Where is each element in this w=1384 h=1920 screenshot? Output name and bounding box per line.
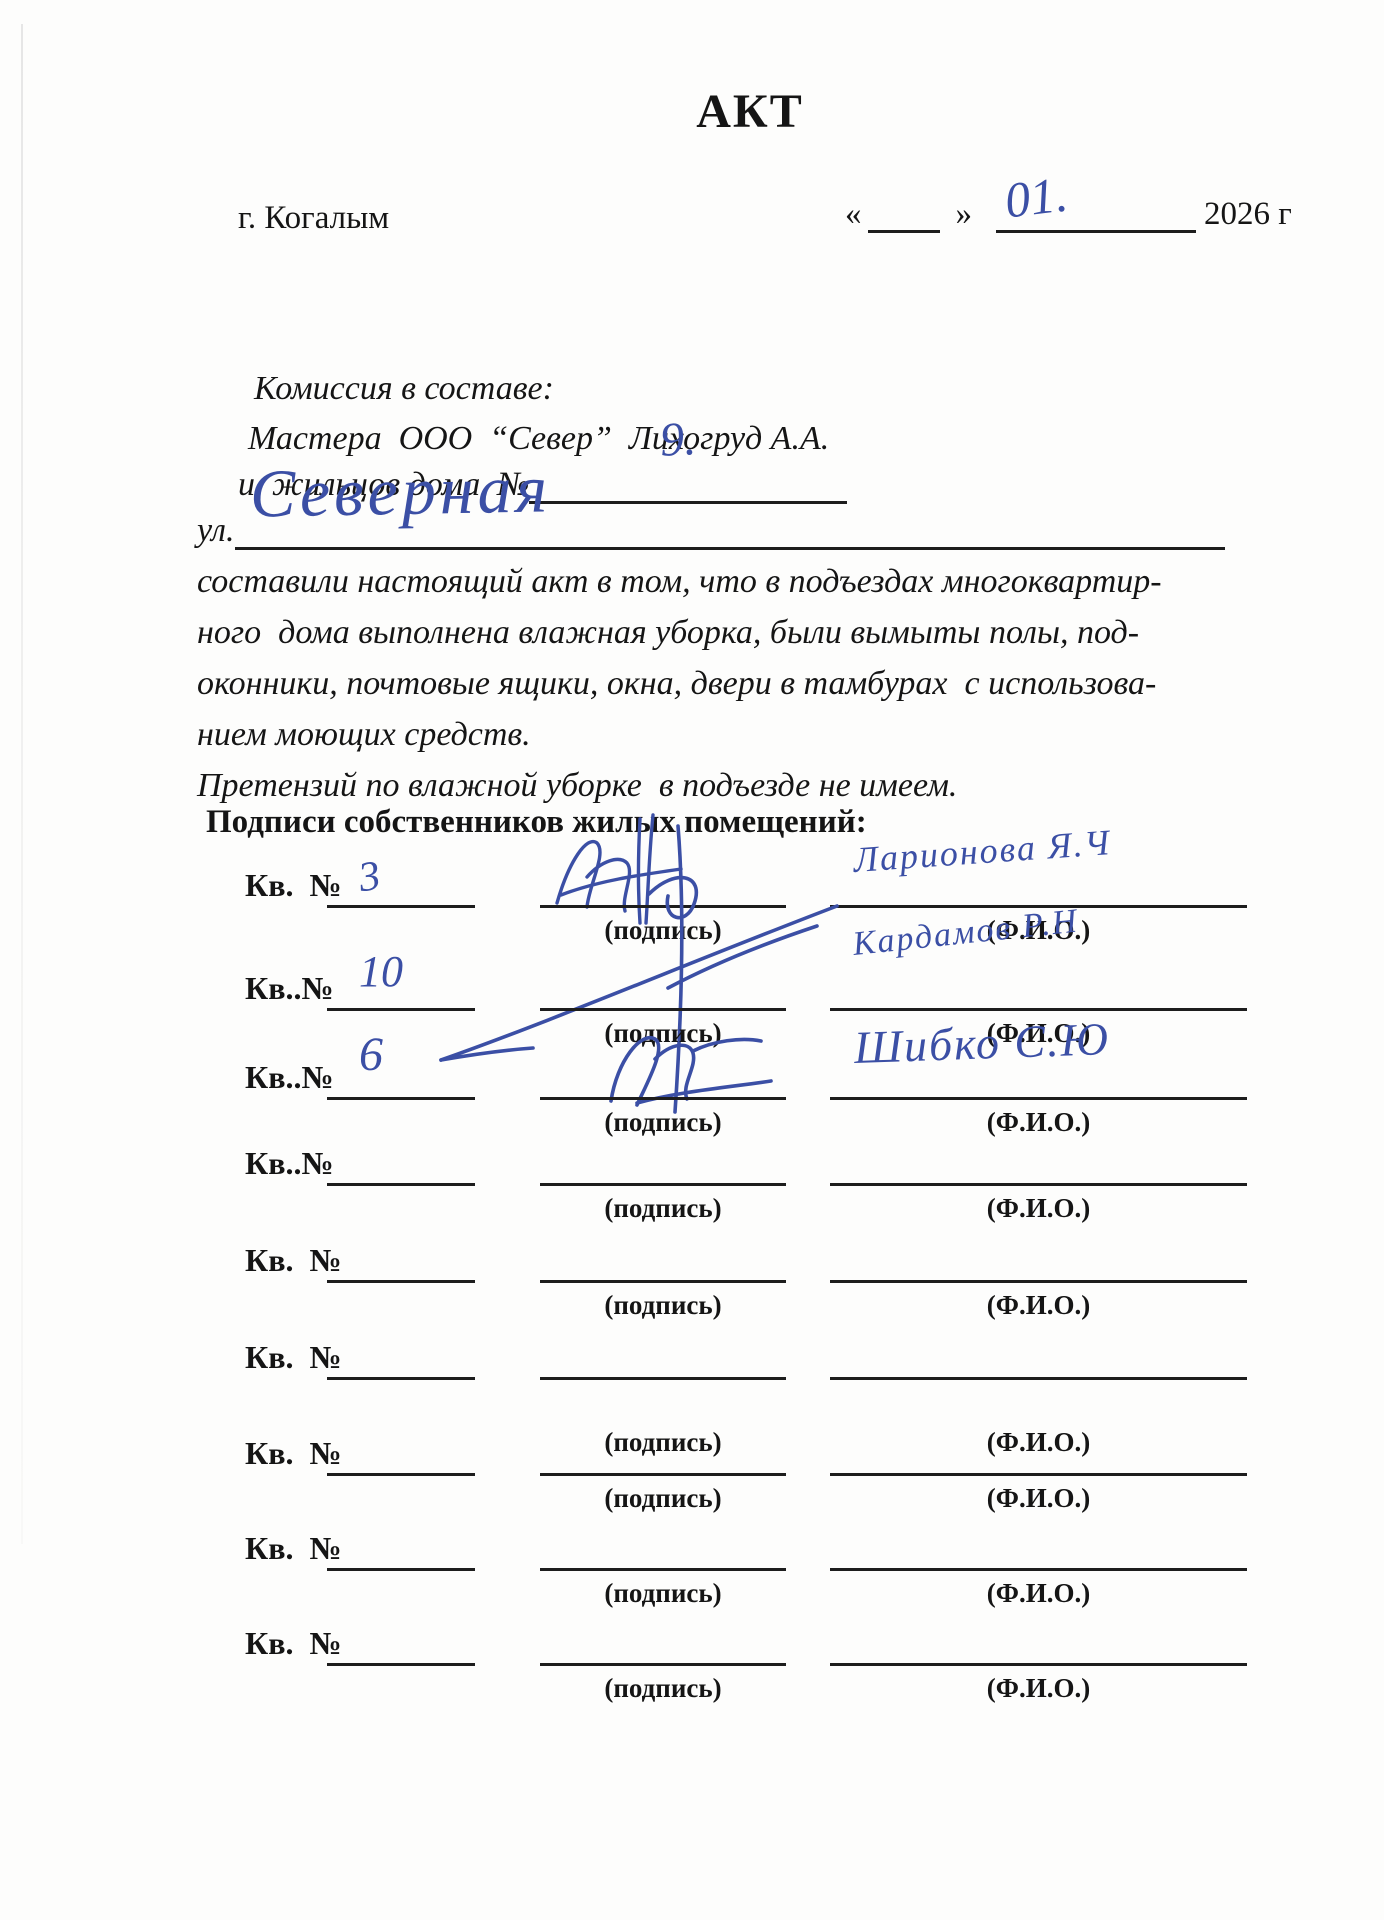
handwritten-fio: Шибко С.Ю bbox=[853, 1012, 1111, 1074]
body-line-3: оконники, почтовые ящики, окна, двери в … bbox=[197, 658, 1312, 709]
apartment-number-label: Кв. № bbox=[245, 1435, 342, 1472]
fio-caption: (Ф.И.О.) bbox=[830, 1578, 1247, 1609]
apartment-number-label: Кв..№ bbox=[245, 970, 334, 1007]
apartment-number-label: Кв. № bbox=[245, 1242, 342, 1279]
street-line-prefix: ул. bbox=[197, 512, 235, 549]
act-body-paragraph: составили настоящий акт в том, что в под… bbox=[197, 556, 1312, 811]
apartment-number-blank-line bbox=[327, 1183, 475, 1186]
apartment-number-blank-line bbox=[327, 1280, 475, 1283]
scanned-act-document: АКТ г. Когалым «»2026 г 01. Комиссия в с… bbox=[0, 0, 1384, 1920]
fio-blank-line bbox=[830, 1183, 1247, 1186]
handwritten-apartment-number: 10 bbox=[359, 946, 403, 997]
handwritten-house-number: 9. bbox=[659, 411, 698, 468]
house-number-blank-line bbox=[529, 468, 847, 504]
apartment-number-blank-line bbox=[327, 1377, 475, 1380]
apartment-number-label: Кв. № bbox=[245, 1625, 342, 1662]
apartment-number-label: Кв. № bbox=[245, 1530, 342, 1567]
scanner-edge-artifact bbox=[21, 24, 23, 1544]
fio-blank-line bbox=[830, 1663, 1247, 1666]
fio-blank-line bbox=[830, 1377, 1247, 1380]
date-day-blank-line bbox=[868, 197, 940, 233]
fio-blank-line bbox=[830, 1473, 1247, 1476]
apartment-number-label: Кв..№ bbox=[245, 1145, 334, 1182]
date-year: 2026 г bbox=[1204, 196, 1292, 232]
signature-row-9: Кв. № (подпись) (Ф.И.О.) bbox=[197, 1611, 1357, 1711]
handwritten-month: 01. bbox=[1002, 164, 1071, 229]
signature-rows: Кв. № 3 (подпись) Ларионова Я.Ч (Ф.И.О.)… bbox=[197, 853, 1357, 1773]
city-label: г. Когалым bbox=[238, 200, 389, 237]
document-title: АКТ bbox=[58, 84, 1384, 139]
signature-caption: (подпись) bbox=[540, 1673, 786, 1704]
fio-caption: (Ф.И.О.) bbox=[830, 1290, 1247, 1321]
fio-blank-line bbox=[830, 1008, 1247, 1011]
handwritten-apartment-number: 6 bbox=[359, 1027, 383, 1082]
apartment-number-blank-line bbox=[327, 1663, 475, 1666]
body-line-4: нием моющих средств. bbox=[197, 709, 1312, 760]
handwritten-apartment-number: 3 bbox=[355, 852, 383, 903]
date-close-quote: » bbox=[956, 196, 973, 232]
fio-caption: (Ф.И.О.) bbox=[830, 1483, 1247, 1514]
fio-blank-line bbox=[830, 1280, 1247, 1283]
apartment-number-blank-line bbox=[327, 1473, 475, 1476]
handwritten-fio: Ларионова Я.Ч bbox=[852, 821, 1112, 881]
fio-blank-line bbox=[830, 1568, 1247, 1571]
fio-blank-line bbox=[830, 1097, 1247, 1100]
apartment-number-label: Кв. № bbox=[245, 1339, 342, 1376]
apartment-number-label: Кв..№ bbox=[245, 1059, 334, 1096]
date-open-quote: « bbox=[845, 196, 862, 232]
apartment-number-blank-line bbox=[327, 1568, 475, 1571]
signature-scribble bbox=[527, 1569, 807, 1684]
body-line-2: ного дома выполнена влажная уборка, были… bbox=[197, 607, 1312, 658]
body-line-1: составили настоящий акт в том, что в под… bbox=[197, 556, 1312, 607]
commission-heading: Комиссия в составе: bbox=[254, 370, 554, 408]
fio-caption: (Ф.И.О.) bbox=[830, 1673, 1247, 1704]
handwritten-street: Северная bbox=[249, 449, 551, 533]
apartment-number-blank-line bbox=[327, 1097, 475, 1100]
fio-caption: (Ф.И.О.) bbox=[830, 1193, 1247, 1224]
apartment-number-label: Кв. № bbox=[245, 867, 342, 904]
signature-blank-line bbox=[540, 1663, 786, 1666]
